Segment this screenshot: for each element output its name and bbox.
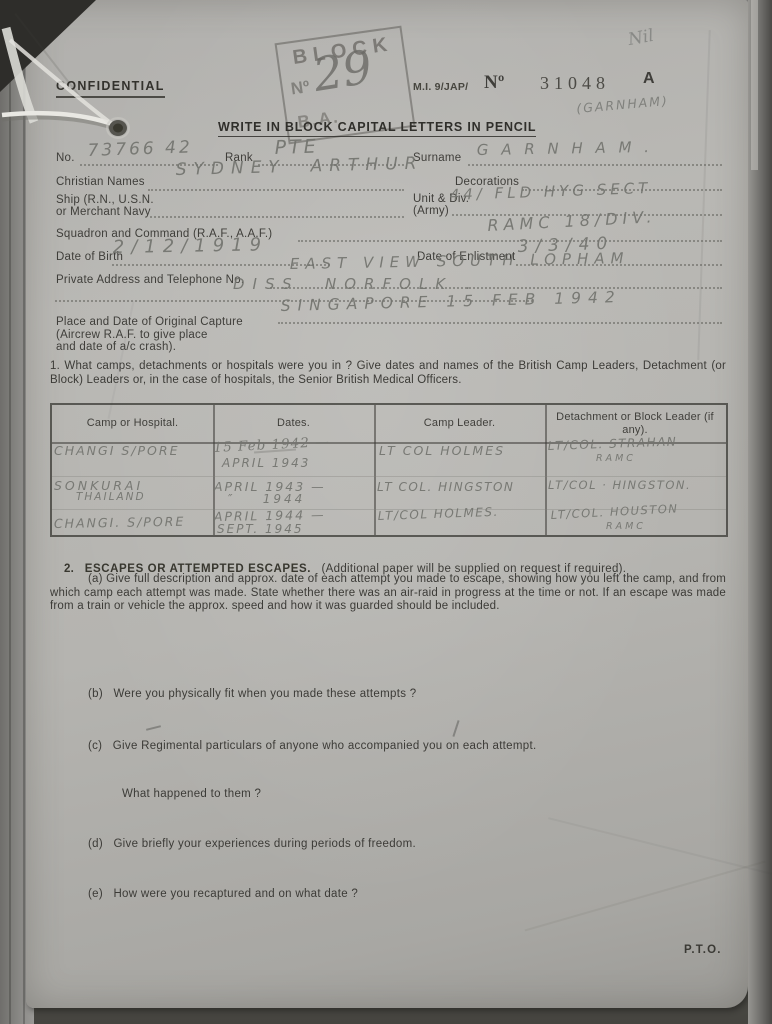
form-code: M.I. 9/JAP/ [413,81,468,93]
table-header-block-leader: Detachment or Block Leader (if any). [549,411,721,436]
no-label: No. [56,152,75,164]
question-1-text: 1. What camps, detachments or hospitals … [50,360,726,387]
table-row: ″ 1944 [228,492,305,506]
table-row: THAILAND [76,491,146,503]
escape-item-d: (d) Give briefly your experiences during… [88,838,416,850]
scanned-document: CONFIDENTIAL BLOCK Nº B.A. 29 M.I. 9/JAP… [0,0,772,1024]
escape-item-a: (a) Give full description and approx. da… [50,573,726,614]
table-header-dates: Dates. [213,417,374,429]
address-label: Private Address and Telephone No. [56,274,244,286]
table-row: LT/COL · HINGSTON. [548,478,691,492]
treasury-tag-string [0,10,230,160]
table-header-camp: Camp or Hospital. [52,417,213,429]
dotted-rule [148,189,404,191]
table-row: LT COL HOLMES [379,443,505,458]
date-of-birth-value: 2/12/1919 [113,234,269,258]
service-number-value: 73766 42 [87,137,193,161]
stamp-handwritten-number: 29 [310,40,376,102]
table-row: SEPT. 1945 [217,522,304,536]
serial-number: 31048 [540,73,610,94]
christian-names-label: Christian Names [56,176,145,188]
table-header-leader: Camp Leader. [374,417,545,429]
table-row: RAMC [606,521,646,532]
capture-label-line3: and date of a/c crash). [56,341,176,353]
table-row: RAMC [596,453,636,464]
table-row: CHANGI S/PORE [54,443,179,458]
table-row: LT COL. HINGSTON [377,480,514,494]
under-page-fold [751,0,758,170]
escape-item-c: (c) Give Regimental particulars of anyon… [88,740,536,752]
escape-item-c-followup: What happened to them ? [122,788,261,800]
table-row: CHANGI. S/PORE [54,514,186,531]
dotted-rule [278,322,722,324]
table-column-line [545,405,547,535]
serial-suffix: A [643,70,655,88]
ship-label-line2: or Merchant Navy [56,206,151,218]
surname-value: G A R N H A M . [477,138,653,159]
capture-label-line1: Place and Date of Original Capture [56,316,243,328]
table-row: APRIL 1943 [222,456,310,470]
address-value-line2: DISS NORFOLK . [233,275,479,293]
escape-item-e: (e) How were you recaptured and on what … [88,888,358,900]
table-row-line [52,476,726,477]
pto-footer: P.T.O. [684,944,722,956]
capture-label-line2: (Aircrew R.A.F. to give place [56,329,208,341]
dotted-rule [298,240,722,242]
instruction-heading: WRITE IN BLOCK CAPITAL LETTERS IN PENCIL [218,120,536,137]
stamp-no-symbol: Nº [290,77,311,99]
dotted-rule [468,164,722,166]
escape-item-b: (b) Were you physically fit when you mad… [88,688,416,700]
unit-div-label-line2: (Army) [413,205,449,217]
dotted-rule [150,216,404,218]
ship-label-line1: Ship (R.N., U.S.N. [56,194,154,206]
serial-no-symbol: Nº [484,72,505,94]
